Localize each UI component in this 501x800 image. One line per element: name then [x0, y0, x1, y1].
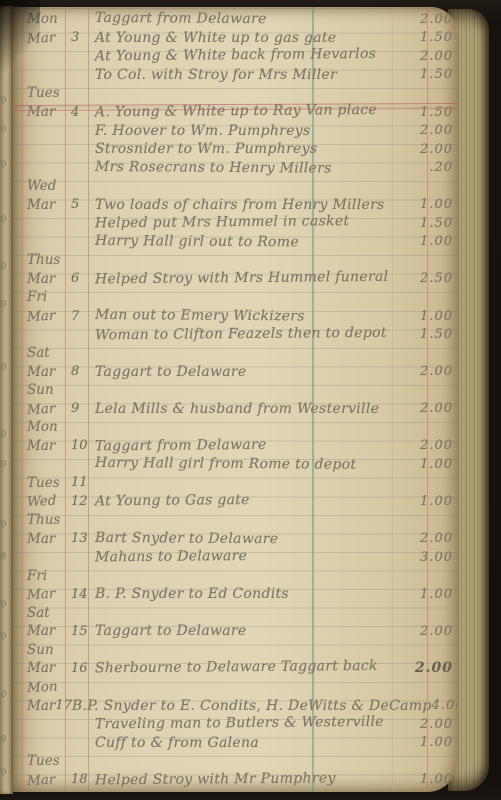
amount-value: 1.00	[403, 772, 457, 787]
date-number: 18	[71, 772, 95, 787]
entry-text: Taggart from Delaware	[95, 436, 403, 455]
day-label: Mar	[27, 660, 71, 676]
amount-value: 4.00	[432, 698, 457, 713]
day-label: Mar	[27, 307, 72, 325]
entry-text: F. Hoover to Wm. Pumphreys	[95, 123, 403, 139]
ledger-row: Tues	[13, 84, 457, 103]
ledger-row: Tues	[13, 752, 457, 771]
entry-text: Cuff to & from Galena	[95, 735, 403, 751]
ledger-row: Mar10Taggart from Delaware2.00	[13, 437, 457, 456]
facing-page-digit: 9	[0, 735, 7, 746]
entry-text: Mahans to Delaware	[95, 547, 403, 566]
facing-page-digit: 8	[0, 552, 7, 563]
date-number: 13	[71, 531, 95, 546]
facing-page-digit: 0	[0, 768, 7, 779]
day-label: Sun	[27, 642, 71, 658]
facing-page-digit: 0	[0, 690, 7, 701]
amount-value: 1.00	[403, 587, 457, 602]
ledger-row: Thus	[13, 511, 457, 530]
ledger-row: Mahans to Delaware3.00	[13, 548, 457, 567]
amount-value: .20	[403, 160, 457, 175]
amount-value: 2.00	[403, 438, 457, 453]
entry-text: Traveling man to Butlers & Westerville	[95, 714, 403, 733]
facing-page-digit: 0	[0, 363, 7, 374]
facing-page-digit: 0	[0, 96, 7, 107]
entry-text	[95, 760, 403, 762]
amount-value: 2.00	[403, 49, 457, 64]
date-number: 3	[71, 30, 95, 45]
facing-page-digit: 0	[0, 125, 7, 136]
ledger-row: Mar15Taggart to Delaware2.00	[13, 622, 457, 641]
ledger-row: At Young & White back from Hevarlos2.00	[13, 47, 457, 66]
date-number: 15	[71, 624, 95, 639]
day-label: Mar	[27, 364, 71, 380]
day-label: Thus	[27, 252, 71, 268]
amount-value: 1.50	[403, 216, 457, 231]
ledger-row: Tues11	[13, 474, 457, 493]
amount-value: 1.00	[403, 197, 457, 212]
date-number: 11	[71, 475, 95, 490]
date-number: 8	[71, 364, 95, 379]
ledger-row: Fri	[13, 288, 457, 307]
entry-text: Taggart from Delaware	[95, 10, 403, 28]
day-label: Tues	[27, 85, 71, 101]
entry-text: Bart Snyder to Delaware	[95, 530, 403, 548]
day-label: Sun	[27, 382, 71, 398]
entry-text: At Young & White up to gas gate	[95, 30, 403, 46]
date-number: 14	[71, 587, 95, 602]
date-number: 9	[71, 401, 95, 416]
amount-value: 1.00	[403, 735, 457, 750]
amount-value: 1.50	[403, 67, 457, 82]
day-label: Mar	[27, 438, 71, 454]
ledger-row: Harry Hall girl from Rome to depot1.00	[13, 455, 457, 474]
facing-page-digit: 0	[0, 632, 7, 643]
amount-value: 2.00	[403, 364, 457, 379]
date-number: 5	[71, 197, 95, 212]
amount-value: 2.00	[403, 401, 457, 416]
amount-value: 2.50	[403, 271, 457, 286]
entry-text	[95, 92, 403, 94]
entry-text: Sherbourne to Delaware Taggart back	[95, 658, 403, 677]
entry-text: Mrs Rosecrans to Henry Millers	[95, 159, 403, 177]
amount-value: 2.00	[403, 717, 457, 732]
ledger-row: Wed12At Young to Gas gate1.00	[13, 492, 457, 511]
day-label: Mar	[27, 585, 72, 603]
ledger-row: Strosnider to Wm. Pumphreys2.00	[13, 140, 457, 159]
ledger-row: To Col. with Stroy for Mrs Miller1.50	[13, 66, 457, 85]
amount-value: 1.00	[403, 234, 457, 249]
entry-text: Strosnider to Wm. Pumphreys	[95, 141, 403, 157]
ledger-row: F. Hoover to Wm. Pumphreys2.00	[13, 121, 457, 140]
entry-text: Harry Hall girl out to Rome	[95, 233, 403, 251]
ledger-row: Cuff to & from Galena1.00	[13, 733, 457, 752]
ledger-rows: MonTaggart from Delaware2.00Mar3At Young…	[13, 10, 457, 789]
ledger-row: Mar17B.P. Snyder to E. Condits, H. DeWit…	[13, 696, 457, 715]
ledger-row: Mar4A. Young & White up to Ray Van place…	[13, 103, 457, 122]
date-number: 12	[71, 494, 95, 509]
entry-text	[95, 612, 403, 614]
ledger-row: Wed	[13, 177, 457, 196]
entry-text: B.P. Snyder to E. Condits, H. DeWitts & …	[72, 698, 432, 714]
facing-page-sliver: 0000000000800090	[0, 6, 13, 794]
date-number: 6	[71, 271, 95, 286]
entry-text: At Young to Gas gate	[95, 491, 403, 510]
amount-value: 3.00	[403, 550, 457, 565]
date-number: 4	[71, 105, 95, 120]
ledger-row: Sun	[13, 381, 457, 400]
facing-page-digit: 0	[0, 300, 7, 311]
date-number: 16	[71, 661, 95, 676]
entry-text: Taggart to Delaware	[95, 623, 403, 639]
day-label: Mon	[27, 419, 71, 435]
ledger-row: Thus	[13, 251, 457, 270]
day-label: Tues	[27, 753, 71, 769]
date-number: 7	[71, 309, 95, 324]
amount-value: 1.50	[403, 30, 457, 45]
entry-text: Helped put Mrs Hummel in casket	[95, 213, 403, 232]
day-label: Mar	[27, 29, 72, 47]
ledger-page: MonTaggart from Delaware2.00Mar3At Young…	[13, 7, 457, 792]
entry-text: A. Young & White up to Ray Van place	[95, 102, 403, 121]
day-label	[27, 222, 71, 224]
entry-text: To Col. with Stroy for Mrs Miller	[95, 67, 403, 83]
amount-value: 1.50	[403, 327, 457, 342]
entry-text: B. P. Snyder to Ed Condits	[95, 586, 403, 602]
entry-text: Harry Hall girl from Rome to depot	[95, 455, 403, 473]
ledger-row: Mar7Man out to Emery Wickizers1.00	[13, 307, 457, 326]
day-label: Wed	[27, 178, 71, 194]
ledger-row: Mar5Two loads of chairs from Henry Mille…	[13, 195, 457, 214]
day-label: Mar	[27, 531, 71, 547]
ledger-row: Mar14B. P. Snyder to Ed Condits1.00	[13, 585, 457, 604]
facing-page-digit: 0	[0, 262, 7, 273]
entry-text	[95, 389, 403, 391]
ledger-row: Traveling man to Butlers & Westerville2.…	[13, 715, 457, 734]
day-label: Sat	[27, 605, 71, 621]
ledger-row: Mar16Sherbourne to Delaware Taggart back…	[13, 659, 457, 678]
day-label: Sat	[27, 345, 71, 361]
ledger-row: Mar13Bart Snyder to Delaware2.00	[13, 529, 457, 548]
day-label: Tues	[27, 475, 71, 491]
ledger-row: Mon	[13, 418, 457, 437]
ledger-row: Mrs Rosecrans to Henry Millers.20	[13, 158, 457, 177]
day-label: Mar	[27, 771, 72, 789]
ledger-row: MonTaggart from Delaware2.00	[13, 10, 457, 29]
facing-page-digit: 0	[0, 215, 7, 226]
day-label: Mon	[27, 678, 72, 696]
amount-value: 1.50	[403, 105, 457, 120]
entry-text: Man out to Emery Wickizers	[95, 307, 403, 325]
entry-text: Lela Mills & husband from Westerville	[95, 401, 403, 417]
day-label: Fri	[27, 568, 71, 584]
ledger-row: Mon	[13, 678, 457, 697]
facing-page-digit: 0	[0, 600, 7, 611]
amount-value: 1.00	[403, 494, 457, 509]
amount-value: 2.00	[403, 660, 457, 676]
ledger-row: Mar9Lela Mills & husband from Westervill…	[13, 399, 457, 418]
day-label: Wed	[27, 492, 72, 510]
ledger-photo: 0000000000800090 MonTaggart from Delawar…	[0, 0, 501, 800]
facing-page-digit: 0	[0, 160, 7, 171]
day-label: Mar	[27, 400, 72, 418]
entry-text: Two loads of chairs from Henry Millers	[95, 197, 403, 213]
facing-page-digit: 0	[0, 430, 7, 441]
amount-value: 2.00	[403, 624, 457, 639]
ledger-row: Helped put Mrs Hummel in casket1.50	[13, 214, 457, 233]
day-label: Mon	[27, 11, 71, 27]
day-label: Mar	[27, 623, 71, 639]
ledger-row: Mar18Helped Stroy with Mr Pumphrey1.00	[13, 770, 457, 789]
entry-text: Helped Stroy with Mrs Hummel funeral	[95, 269, 403, 288]
entry-text: At Young & White back from Hevarlos	[95, 46, 403, 65]
ledger-row: Sat	[13, 604, 457, 623]
day-label: Mar	[27, 197, 71, 213]
ledger-row: Mar8Taggart to Delaware2.00	[13, 362, 457, 381]
date-number: 17	[55, 698, 72, 713]
date-number: 10	[71, 438, 95, 453]
entry-text	[95, 686, 403, 688]
amount-value: 2.00	[403, 12, 457, 27]
ledger-row: Harry Hall girl out to Rome1.00	[13, 233, 457, 252]
day-label	[27, 129, 71, 131]
day-label: Mar	[27, 104, 71, 120]
day-label: Fri	[27, 289, 71, 305]
amount-value: 2.00	[403, 123, 457, 138]
entry-text: Woman to Clifton Feazels then to depot	[95, 324, 403, 343]
ledger-row: Sun	[13, 641, 457, 660]
amount-value: 1.00	[403, 309, 457, 324]
day-label: Mar	[27, 271, 71, 287]
facing-page-digit: 0	[0, 460, 7, 471]
ledger-row: Woman to Clifton Feazels then to depot1.…	[13, 325, 457, 344]
entry-text: Taggart to Delaware	[95, 364, 403, 380]
day-label: Thus	[27, 512, 71, 528]
entry-text: Helped Stroy with Mr Pumphrey	[95, 769, 403, 788]
facing-page-digit: 0	[0, 520, 7, 531]
ledger-row: Mar6Helped Stroy with Mrs Hummel funeral…	[13, 270, 457, 289]
ledger-row: Mar3At Young & White up to gas gate1.50	[13, 29, 457, 48]
amount-value: 2.00	[403, 142, 457, 157]
ledger-row: Sat	[13, 344, 457, 363]
amount-value: 1.00	[403, 457, 457, 472]
ledger-row: Fri	[13, 566, 457, 585]
day-label: Mar	[27, 698, 55, 714]
amount-value: 2.00	[403, 531, 457, 546]
